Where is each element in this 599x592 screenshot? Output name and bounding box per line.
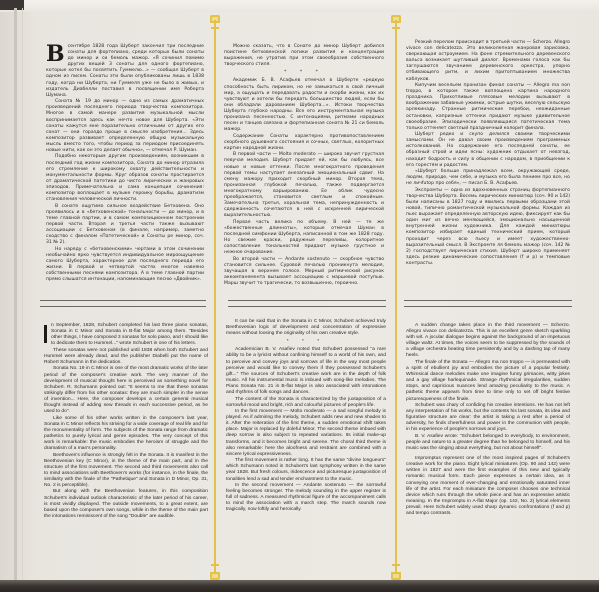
section-divider-top (404, 300, 572, 301)
english-col3-para-3: Schubert was chary of confiding his crea… (406, 403, 570, 433)
english-column-3: A sudden change takes place in the third… (406, 323, 570, 517)
russian-column-2: Можно сказать, что в Сонате до минор Шуб… (224, 44, 384, 288)
english-col1-para-6: But along with the Beethovenian features… (44, 489, 208, 519)
russian-col1-para-1: Всентябре 1828 года Шуберт закончил три … (46, 44, 204, 99)
english-col1-para-4: Like some of his other works written in … (44, 416, 208, 453)
liner-notes-sheet: Всентябре 1828 года Шуберт закончил три … (0, 0, 599, 582)
russian-col3-para-2: Кипучим весельем пронизан финал сонаты —… (406, 83, 570, 132)
russian-col3-para-4: «Шуберт больше принадлежал всем, окружаю… (406, 169, 570, 187)
gold-ornament-cross-icon (211, 564, 219, 566)
russian-col1-para-2: Соната № 19 до минор — одно из самых дра… (46, 99, 204, 154)
corner-shadow (0, 0, 24, 10)
english-col2-para-2: Academician B. V. Asafiev noted that Sch… (226, 347, 386, 396)
russian-column-3: Резкий перелом происходит в третьей част… (406, 40, 570, 267)
section-divider-top (228, 300, 386, 301)
section-break-stars: * * * (226, 339, 386, 345)
gold-column-rule-right (395, 20, 397, 572)
english-col2-para-1: It can be said that in the Sonata in C M… (226, 319, 386, 337)
english-col1-para-1: n September, 1828, Schubert completed hi… (44, 323, 208, 347)
russian-col3-para-1: Резкий перелом происходит в третьей част… (406, 40, 570, 83)
section-break-stars: * * * (224, 70, 384, 76)
english-column-1: n September, 1828, Schubert completed hi… (44, 323, 208, 520)
english-column-2: It can be said that in the Sonata in C M… (226, 319, 386, 514)
russian-col1-para-4: В сонате ощутимо сильное воздействие Бет… (46, 204, 204, 247)
russian-col2-para-5: Первая часть велика по объему. В ней — т… (224, 220, 384, 257)
russian-col2-para-6: Во второй части — Andante sostenuto — ск… (224, 257, 384, 287)
english-col3-para-1: A sudden change takes place in the third… (406, 323, 570, 360)
english-col2-para-4: In the first movement — Molto moderato —… (226, 409, 386, 458)
gold-ornament-bottom-left-icon (210, 572, 220, 580)
spine-fold (14, 8, 17, 583)
english-col3-para-4: B. V. Asafiev wrote: "Schubert belonged … (406, 434, 570, 452)
russian-col2-para-3: Содержание Сонаты характерно противопост… (224, 134, 384, 152)
section-divider-top (40, 300, 206, 301)
russian-col3-para-5: Экспромты — одна из вдохновенных страниц… (406, 188, 570, 267)
spine-fold-shadow (22, 8, 23, 583)
drop-cap (44, 325, 47, 343)
gold-ornament-cross-icon (392, 564, 400, 566)
russian-col1-para-5: Но наряду с «бетховенскими» чертами в эт… (46, 247, 204, 284)
english-col3-para-5: Impromptus represent one of the most ins… (406, 456, 570, 517)
english-col1-para-5: Beethoven's influence is strongly felt i… (44, 453, 208, 490)
section-divider-bottom (40, 306, 206, 307)
russian-col2-para-4: В первой части — Molto moderato — широко… (224, 152, 384, 219)
section-divider-bottom (404, 306, 572, 307)
russian-col1-para-3: Подобно некоторым другим произведениям, … (46, 154, 204, 203)
russian-column-1: Всентябре 1828 года Шуберт закончил три … (46, 44, 204, 284)
russian-col2-para-1: Можно сказать, что в Сонате до минор Шуб… (224, 44, 384, 68)
english-col2-para-6: In the second movement — Andante sostenu… (226, 483, 386, 513)
top-edge (0, 0, 599, 12)
russian-col2-para-2: Академик Б. В. Асафьев отмечал в Шуберте… (224, 78, 384, 133)
gold-ornament-bottom-right-icon (391, 572, 401, 580)
russian-col3-para-3: Шуберт редко и скупо делился своими твор… (406, 132, 570, 169)
bottom-edge-shadow (0, 580, 599, 592)
english-col2-para-5: The first movement is rather long. It ha… (226, 458, 386, 482)
drop-cap: В (46, 45, 65, 64)
gold-column-rule-left (214, 20, 216, 572)
english-col3-para-2: The finale of the Sonata — Allegro ma no… (406, 360, 570, 403)
english-col1-para-2: These sonatas were not published until 1… (44, 348, 208, 366)
english-col2-para-3: The content of the Sonata is characteriz… (226, 397, 386, 409)
section-divider-bottom (228, 306, 386, 307)
english-col1-para-3: Sonata No. 19 in C Minor is one of the m… (44, 366, 208, 415)
